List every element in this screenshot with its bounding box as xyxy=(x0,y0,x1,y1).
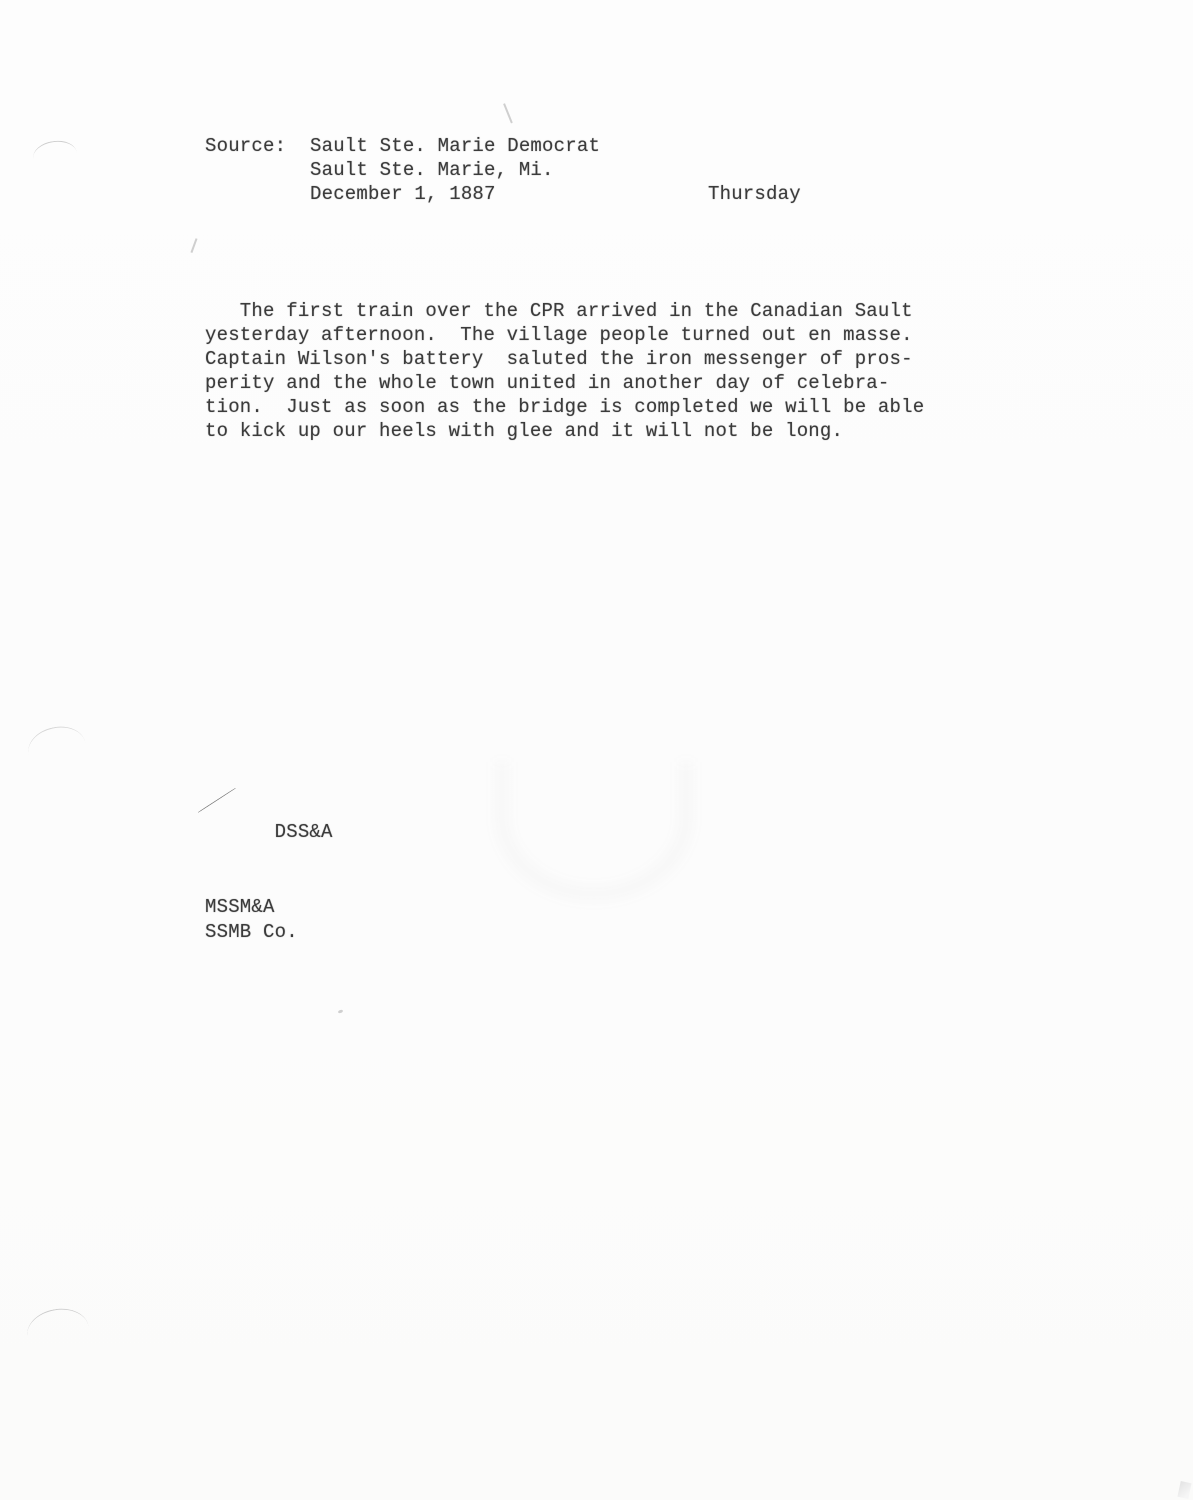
article-line: The first train over the CPR arrived in … xyxy=(205,299,935,323)
source-label: Source: xyxy=(205,134,286,158)
scan-scratch-mark-left xyxy=(190,238,197,253)
article-line: to kick up our heels with glee and it wi… xyxy=(205,419,935,443)
scan-speck xyxy=(338,1009,344,1014)
source-header: Source: Sault Ste. Marie Democrat Sault … xyxy=(205,134,965,214)
article-line: Captain Wilson's battery saluted the iro… xyxy=(205,347,935,371)
binder-ring-shadow-middle xyxy=(24,721,90,775)
scanned-document-page: Source: Sault Ste. Marie Democrat Sault … xyxy=(0,0,1193,1500)
publication-name: Sault Ste. Marie Democrat xyxy=(310,134,600,158)
binder-ring-shadow-top xyxy=(31,138,79,173)
abbreviation-ssmb: SSMB Co. xyxy=(205,920,333,945)
publication-location: Sault Ste. Marie, Mi. xyxy=(310,158,600,182)
weekday-label: Thursday xyxy=(708,182,801,206)
pen-checkmark-stroke xyxy=(198,788,236,813)
source-details: Sault Ste. Marie Democrat Sault Ste. Mar… xyxy=(310,134,600,206)
page-corner-mark xyxy=(1177,1481,1191,1499)
article-line: yesterday afternoon. The village people … xyxy=(205,323,935,347)
scan-scratch-mark-top xyxy=(503,103,512,123)
scan-shadow-smudge xyxy=(495,762,693,901)
abbreviation-dssa-row: DSS&A xyxy=(205,795,333,895)
article-paragraph: The first train over the CPR arrived in … xyxy=(205,299,935,443)
railroad-abbreviations: DSS&A MSSM&A SSMB Co. xyxy=(205,795,333,945)
article-line: tion. Just as soon as the bridge is comp… xyxy=(205,395,935,419)
publication-date: December 1, 1887 xyxy=(310,182,600,206)
abbreviation-mssma: MSSM&A xyxy=(205,895,333,920)
abbreviation-dssa: DSS&A xyxy=(275,821,333,843)
binder-ring-shadow-bottom xyxy=(24,1304,93,1359)
article-line: perity and the whole town united in anot… xyxy=(205,371,935,395)
